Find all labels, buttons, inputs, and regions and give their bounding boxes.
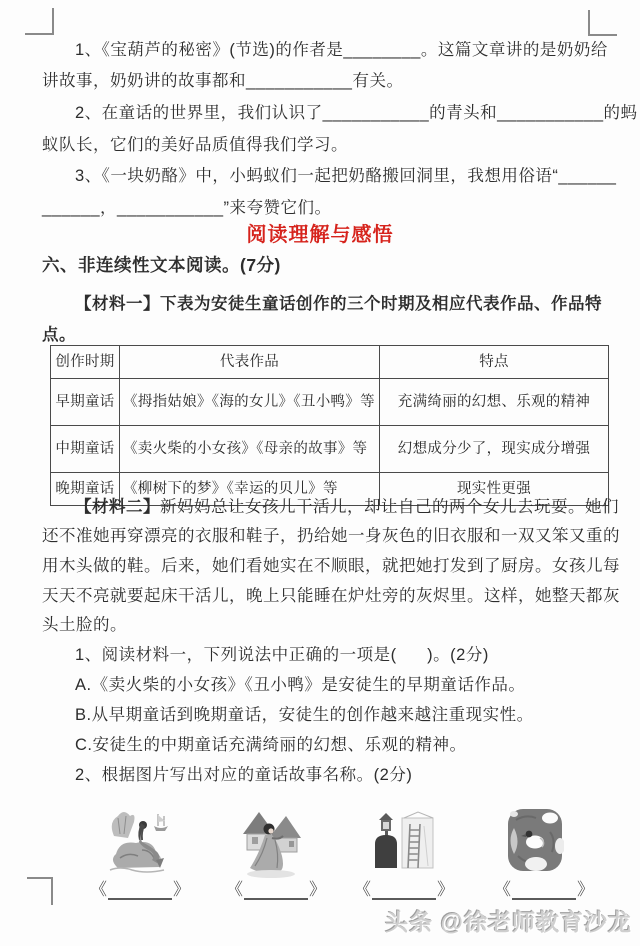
material-two-line-5: 头土脸的。: [42, 608, 610, 638]
header-cell-period: 创作时期: [51, 346, 120, 379]
reading-comprehension-header: 阅读理解与感悟: [0, 218, 640, 247]
cell-middle-works: 《卖火柴的小女孩》《母亲的故事》等: [120, 426, 380, 473]
material-two-line-4: 天天不亮就要起床干活儿，晚上只能睡在炉灶旁的灰烬里。这样，她整天都灰: [42, 579, 610, 609]
material-one-line-1: 【材料一】下表为安徒生童话创作的三个时期及相应代表作品、作品特: [42, 286, 610, 318]
open-bracket: 《: [226, 875, 243, 900]
exam-paper-page: 1、《宝葫芦的秘密》(节选)的作者是________。这篇文章讲的是奶奶给 讲故…: [0, 0, 640, 946]
open-bracket: 《: [494, 875, 511, 900]
question-1-line-1: 1、《宝葫芦的秘密》(节选)的作者是________。这篇文章讲的是奶奶给: [42, 32, 610, 64]
header-cell-works: 代表作品: [120, 346, 380, 379]
andersen-periods-table: 创作时期 代表作品 特点 早期童话 《拇指姑娘》《海的女儿》《丑小鸭》等 充满绮…: [50, 345, 609, 506]
table-row-early: 早期童话 《拇指姑娘》《海的女儿》《丑小鸭》等 充满绮丽的幻想、乐观的精神: [51, 379, 609, 426]
answer-blank-line: [108, 882, 172, 900]
material-two-label: 【材料二】: [75, 493, 160, 517]
table-row-middle: 中期童话 《卖火柴的小女孩》《母亲的故事》等 幻想成分少了，现实成分增强: [51, 426, 609, 473]
sub-questions-block: 1、阅读材料一，下列说法中正确的一项是( )。(2分) A.《卖火柴的小女孩》《…: [42, 638, 610, 788]
toutiao-watermark: 头条 @徐老师教育沙龙: [385, 904, 632, 937]
close-bracket: 》: [577, 875, 594, 900]
girl-in-gown-by-houses-illustration: [241, 804, 303, 885]
choice-a: A.《卖火柴的小女孩》《丑小鸭》是安徒生的早期童话作品。: [42, 668, 610, 698]
material-two-line-1-text: 新妈妈总让女孩儿干活儿，却让自己的两个女儿去玩耍。她们: [160, 493, 619, 517]
answer-blank-line: [372, 882, 436, 900]
section-six-heading: 六、非连续性文本阅读。(7分): [42, 252, 281, 277]
open-bracket: 《: [90, 875, 107, 900]
cell-early-period: 早期童话: [51, 379, 120, 426]
question-3-line-1: 3、《一块奶酪》中，小蚂蚁们一起把奶酪搬回洞里，我想用俗语“______: [42, 158, 610, 190]
question-2-line-2: 蚁队长，它们的美好品质值得我们学习。: [42, 127, 610, 159]
answer-blank-1: 《》: [90, 874, 190, 900]
fill-in-questions-block: 1、《宝葫芦的秘密》(节选)的作者是________。这篇文章讲的是奶奶给 讲故…: [42, 32, 610, 222]
material-one-intro: 【材料一】下表为安徒生童话创作的三个时期及相应代表作品、作品特 点。: [42, 286, 610, 349]
page-corner-mark-top-left: [25, 8, 54, 35]
choice-b: B.从早期童话到晚期童话，安徒生的创作越来越注重现实性。: [42, 698, 610, 728]
mermaid-on-rock-illustration: [106, 806, 172, 881]
cell-early-features: 充满绮丽的幻想、乐观的精神: [380, 379, 609, 426]
question-2-line-1: 2、在童话的世界里，我们认识了___________的青头和__________…: [42, 95, 610, 127]
material-two-passage: 【材料二】新妈妈总让女孩儿干活儿，却让自己的两个女儿去玩耍。她们 还不准她再穿漂…: [42, 490, 610, 638]
material-two-line-3: 用木头做的鞋。后来，她们看她实在不顺眼，就把她打发到了厨房。女孩儿每: [42, 549, 610, 579]
close-bracket: 》: [437, 875, 454, 900]
close-bracket: 》: [309, 875, 326, 900]
table-header-row: 创作时期 代表作品 特点: [51, 346, 609, 379]
cell-middle-features: 幻想成分少了，现实成分增强: [380, 426, 609, 473]
street-lamp-dark-figure-ladder-illustration: [366, 810, 436, 877]
cell-middle-period: 中期童话: [51, 426, 120, 473]
answer-blank-line: [244, 882, 308, 900]
material-two-line-2: 还不准她再穿漂亮的衣服和鞋子，扔给她一身灰色的旧衣服和一双又笨又重的: [42, 520, 610, 550]
question-1-line-2: 讲故事，奶奶讲的故事都和___________有关。: [42, 64, 610, 96]
header-cell-features: 特点: [380, 346, 609, 379]
close-bracket: 》: [173, 875, 190, 900]
page-corner-mark-bottom-left: [27, 877, 53, 905]
answer-blank-2: 《》: [226, 874, 326, 900]
choice-c: C.安徒生的中期童话充满绮丽的幻想、乐观的精神。: [42, 728, 610, 758]
answer-blank-3: 《》: [354, 874, 454, 900]
bird-in-dark-oval-illustration: [506, 806, 564, 881]
answer-blank-4: 《》: [494, 874, 594, 900]
material-two-line-1: 【材料二】新妈妈总让女孩儿干活儿，却让自己的两个女儿去玩耍。她们: [42, 490, 610, 520]
question-3-line-2: ______，___________”来夸赞它们。: [42, 190, 610, 222]
cell-early-works: 《拇指姑娘》《海的女儿》《丑小鸭》等: [120, 379, 380, 426]
sub-question-1: 1、阅读材料一，下列说法中正确的一项是( )。(2分): [42, 638, 610, 668]
answer-blank-line: [512, 882, 576, 900]
sub-question-2: 2、根据图片写出对应的童话故事名称。(2分): [42, 758, 610, 788]
open-bracket: 《: [354, 875, 371, 900]
